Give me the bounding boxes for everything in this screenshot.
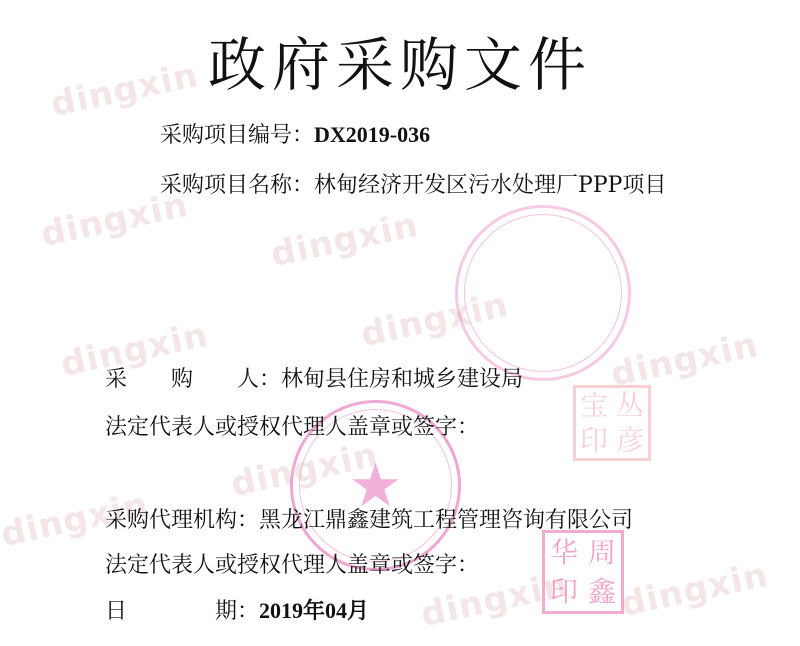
- watermark: dingxin: [617, 555, 771, 625]
- purchaser-official-seal: [455, 205, 631, 381]
- agency-personal-seal: 华周 印鑫: [542, 530, 624, 614]
- purchaser: 林甸县住房和城乡建设局: [281, 367, 523, 392]
- date-label: 日 期：: [105, 599, 259, 624]
- agency-row: 采购代理机构：黑龙江鼎鑫建筑工程管理咨询有限公司: [105, 503, 633, 534]
- agency-sign-row: 法定代表人或授权代理人盖章或签字：: [105, 548, 479, 579]
- project-name-row: 采购项目名称：林甸经济开发区污水处理厂PPP项目: [160, 168, 666, 199]
- agency-sign-label: 法定代表人或授权代理人盖章或签字：: [105, 553, 479, 578]
- date-row: 日 期：2019年04月: [105, 594, 369, 625]
- project-name-label: 采购项目名称：: [160, 173, 314, 198]
- agency: 黑龙江鼎鑫建筑工程管理咨询有限公司: [259, 508, 633, 533]
- project-number-row: 采购项目编号：DX2019-036: [160, 118, 430, 149]
- project-number-label: 采购项目编号：: [160, 123, 314, 148]
- purchaser-personal-seal: 宝丛 印彦: [573, 385, 651, 461]
- project-number: DX2019-036: [314, 122, 430, 147]
- date: 2019年04月: [259, 598, 369, 623]
- agency-label: 采购代理机构：: [105, 508, 259, 533]
- purchaser-label: 采 购 人：: [105, 367, 281, 392]
- document-title: 政府采购文件: [0, 18, 800, 102]
- purchaser-sign-label: 法定代表人或授权代理人盖章或签字：: [105, 415, 479, 440]
- purchaser-row: 采 购 人：林甸县住房和城乡建设局: [105, 362, 523, 393]
- purchaser-sign-row: 法定代表人或授权代理人盖章或签字：: [105, 410, 479, 441]
- project-name: 林甸经济开发区污水处理厂PPP项目: [314, 173, 666, 198]
- watermark: dingxin: [267, 205, 421, 275]
